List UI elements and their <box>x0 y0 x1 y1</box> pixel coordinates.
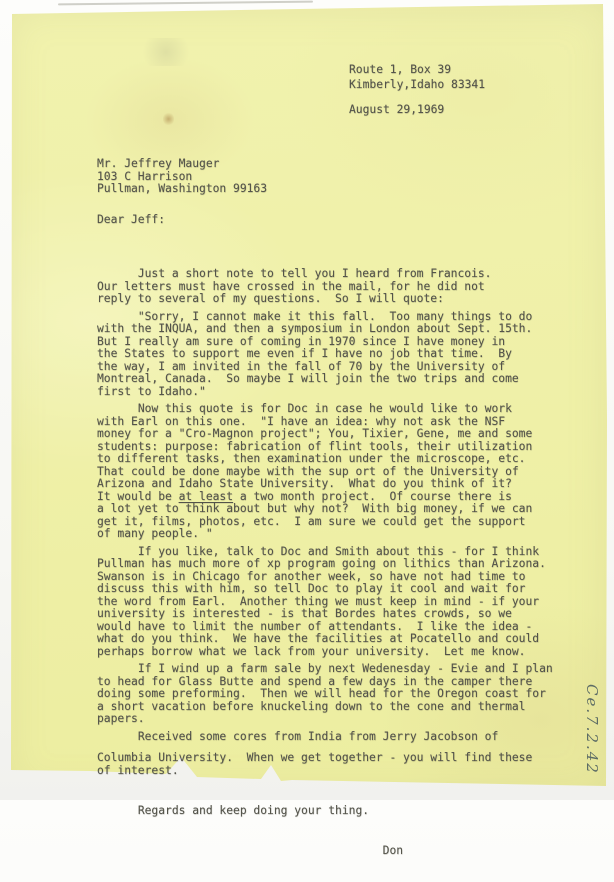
letter-paragraph: Received some cores from India from Jerr… <box>97 731 561 744</box>
paper-smudge <box>136 38 196 66</box>
letter-paragraph: Now this quote is for Doc in case he wou… <box>97 403 561 541</box>
scan-backdrop: Route 1, Box 39 Kimberly,Idaho 83341 Aug… <box>0 0 614 800</box>
letter-paragraph: Columbia University. When we get togethe… <box>97 752 561 777</box>
letter-paragraphs: Just a short note to tell you I heard fr… <box>97 268 561 777</box>
letter-paragraph: If you like, talk to Doc and Smith about… <box>97 546 561 659</box>
letter-paragraph: "Sorry, I cannot make it this fall. Too … <box>97 311 561 399</box>
scan-edge-shadow <box>58 1 313 6</box>
salutation: Dear Jeff: <box>97 214 165 227</box>
letter-paragraph: If I wind up a farm sale by next Wedenes… <box>97 663 561 726</box>
paper-stain <box>163 112 174 126</box>
letter-paragraph: Just a short note to tell you I heard fr… <box>97 268 561 306</box>
recipient-address: Mr. Jeffrey Mauger 103 C Harrison Pullma… <box>97 158 267 196</box>
letter-body: Just a short note to tell you I heard fr… <box>97 243 561 800</box>
return-address: Route 1, Box 39 Kimberly,Idaho 83341 <box>349 62 485 92</box>
letter-date: August 29,1969 <box>349 104 444 117</box>
archival-annotation: Ce.7.2.42 <box>583 684 601 775</box>
